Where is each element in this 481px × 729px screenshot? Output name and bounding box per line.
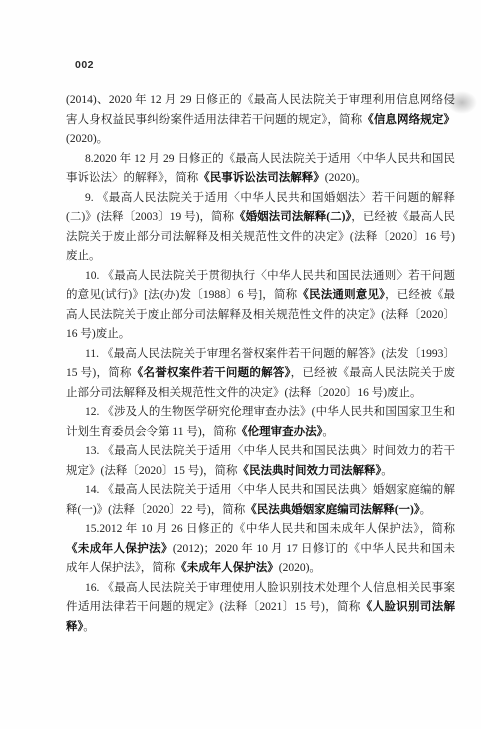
paragraph: (2014)、2020 年 12 月 29 日修正的《最高人民法院关于审理利用信… xyxy=(66,91,455,150)
paragraph: 11. 《最高人民法院关于审理名誉权案件若干问题的解答》(法发〔1993〕15 … xyxy=(66,345,455,404)
abbreviated-title-bold: 《民法通则意见》 xyxy=(297,289,385,301)
paragraph: 15.2012 年 10 月 26 日修正的《中华人民共和国未成年人保护法》，简… xyxy=(66,520,455,579)
text-run: 。 xyxy=(83,621,95,633)
abbreviated-title-bold: 《伦理审查办法》 xyxy=(236,426,322,438)
paragraph: 9. 《最高人民法院关于适用〈中华人民共和国婚姻法〉若干问题的解释(二)》(法释… xyxy=(66,189,455,267)
text-run: 。 xyxy=(420,504,432,516)
page-number: 002 xyxy=(75,59,94,71)
abbreviated-title-bold: 《未成年人保护法》 xyxy=(175,562,279,574)
text-run: 。 xyxy=(322,426,334,438)
abbreviated-title-bold: 《信息网络规定》 xyxy=(362,114,455,126)
abbreviated-title-bold: 《婚姻法司法解释(二)》 xyxy=(234,211,351,223)
paragraph: 12. 《涉及人的生物医学研究伦理审查办法》(中华人民共和国国家卫生和计划生育委… xyxy=(66,403,455,442)
text-run: (2020)。 xyxy=(325,172,367,184)
abbreviated-title-bold: 《民事诉讼法司法解释》 xyxy=(198,172,325,184)
book-page: 002 (2014)、2020 年 12 月 29 日修正的《最高人民法院关于审… xyxy=(0,0,481,729)
document-body: (2014)、2020 年 12 月 29 日修正的《最高人民法院关于审理利用信… xyxy=(66,91,455,637)
paragraph: 10. 《最高人民法院关于贯彻执行〈中华人民共和国民法通则〉若干问题的意见(试行… xyxy=(66,267,455,345)
paragraph: 8.2020 年 12 月 29 日修正的《最高人民法院关于适用〈中华人民共和国… xyxy=(66,150,455,189)
abbreviated-title-bold: 《民法典时间效力司法解释》 xyxy=(238,465,382,477)
abbreviated-title-bold: 《未成年人保护法》 xyxy=(66,543,173,555)
abbreviated-title-bold: 《名誉权案件若干问题的解答》 xyxy=(132,367,291,379)
text-run: (2020)。 xyxy=(66,133,108,145)
text-run: (2020)。 xyxy=(279,562,321,574)
paragraph: 14. 《最高人民法院关于适用〈中华人民共和国民法典〉婚姻家庭编的解释(一)》(… xyxy=(66,481,455,520)
paragraph: 13. 《最高人民法院关于适用〈中华人民共和国民法典〉时间效力的若干规定》(法释… xyxy=(66,442,455,481)
text-run: 。 xyxy=(381,465,393,477)
abbreviated-title-bold: 《民法典婚姻家庭编司法解释(一)》 xyxy=(245,504,419,516)
paragraph: 16. 《最高人民法院关于审理使用人脸识别技术处理个人信息相关民事案件适用法律若… xyxy=(66,579,455,638)
text-run: 15.2012 年 10 月 26 日修正的《中华人民共和国未成年人保护法》，简… xyxy=(85,523,455,535)
